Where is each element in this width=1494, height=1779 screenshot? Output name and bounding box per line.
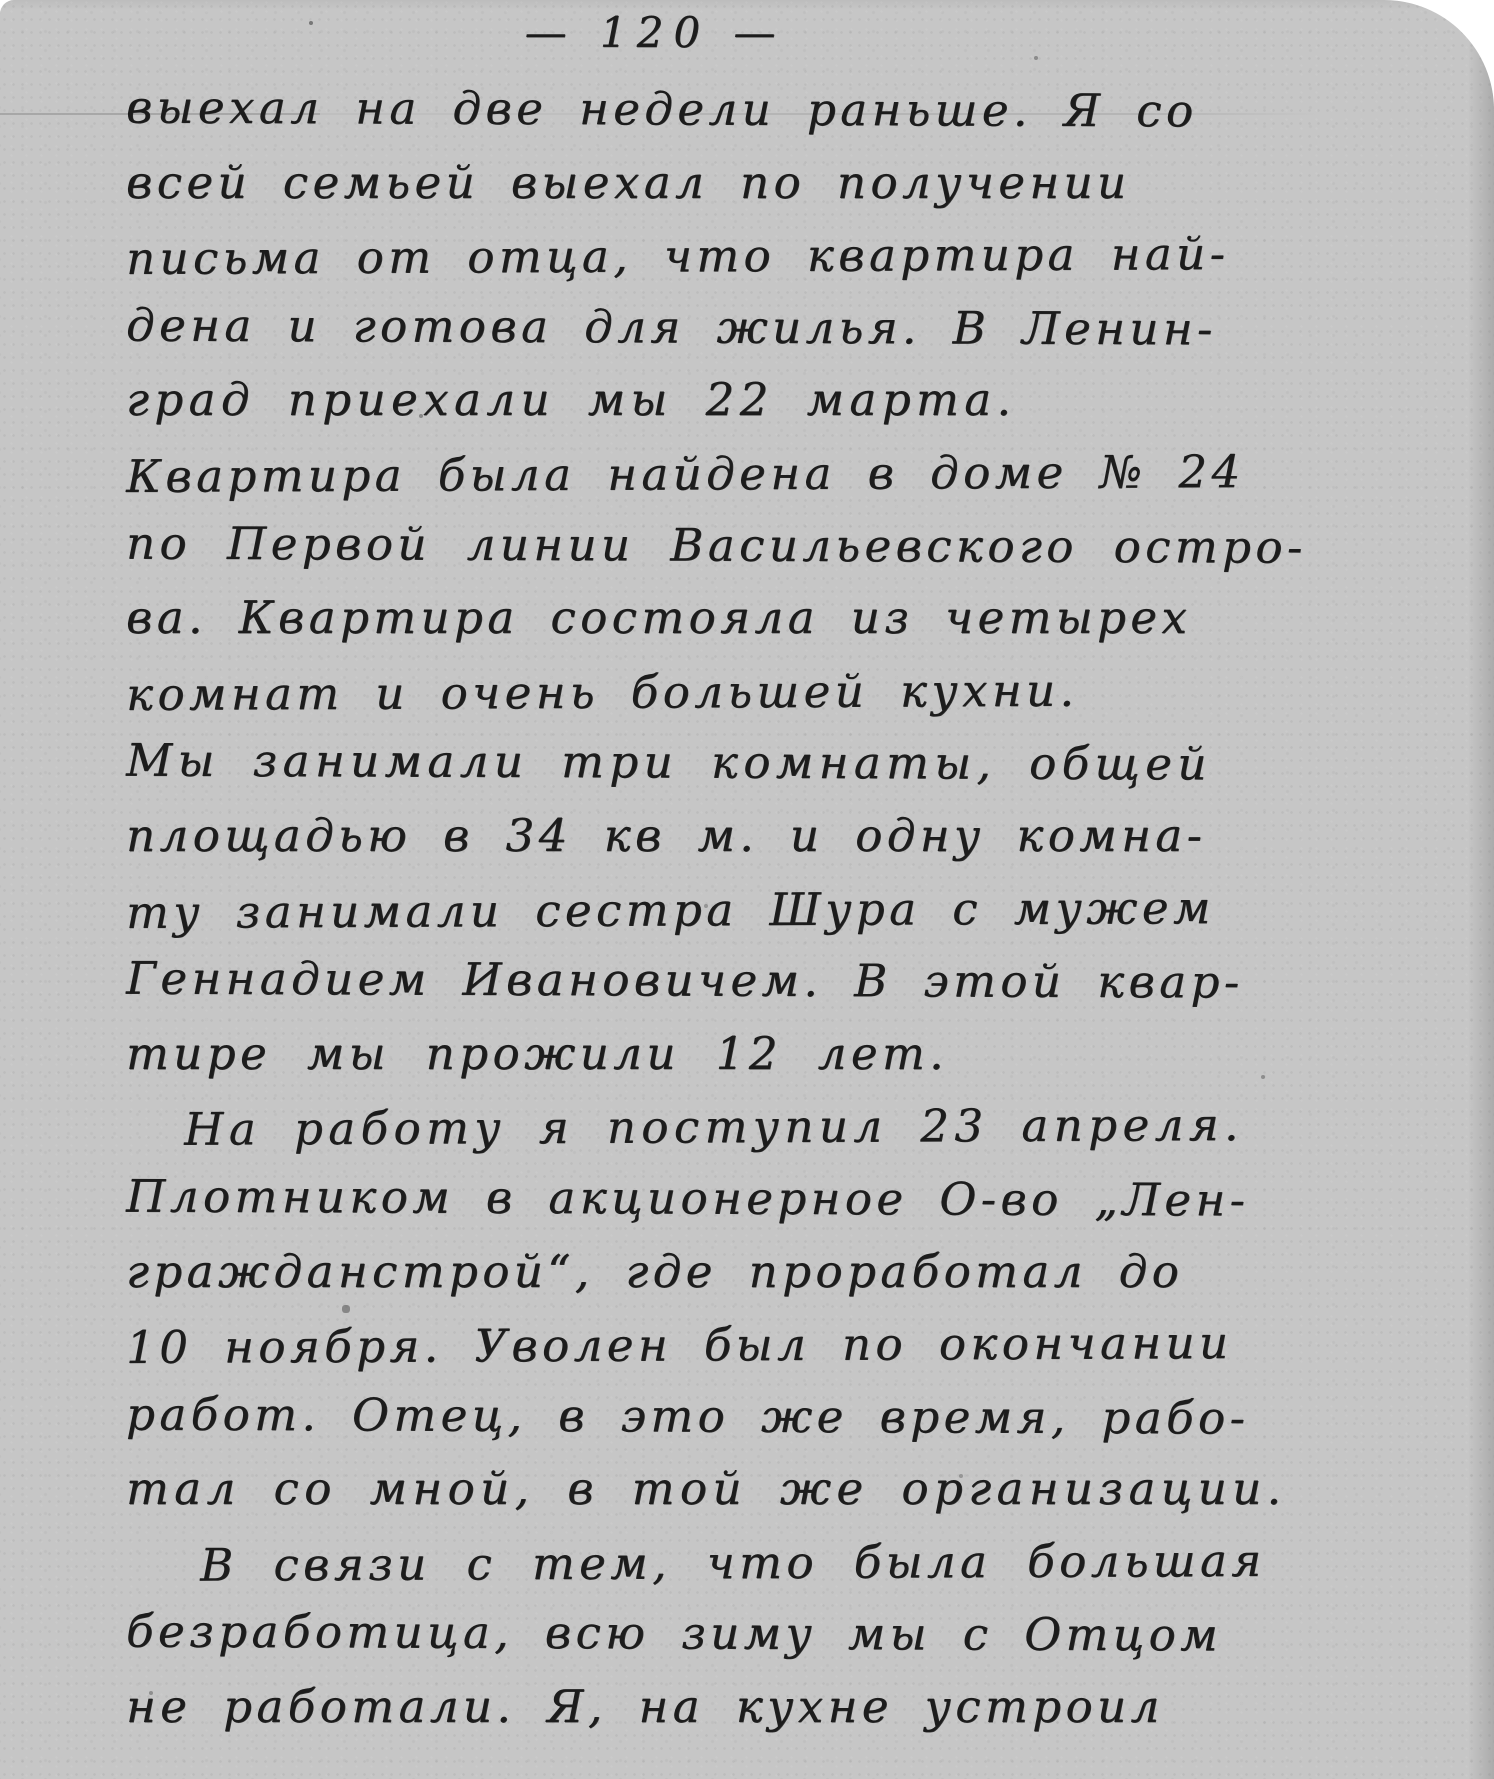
handwritten-line: площадью в 34 кв м. и одну комна- bbox=[126, 800, 1474, 873]
handwritten-line: не работали. Я, на кухне устроил bbox=[126, 1671, 1474, 1744]
handwritten-line: комнат и очень большей кухни. bbox=[126, 653, 1474, 731]
handwritten-line: Плотником в акционерное О-во „Лен- bbox=[126, 1161, 1474, 1238]
handwritten-line: тире мы прожили 12 лет. bbox=[126, 1018, 1474, 1091]
scanned-manuscript-page: — 120 — выехал на две недели раньше. Я с… bbox=[0, 0, 1494, 1779]
handwritten-line: дена и готова для жилья. В Ленин- bbox=[126, 289, 1474, 366]
handwritten-line: ва. Квартира состояла из четырех bbox=[126, 582, 1474, 655]
handwritten-text-block: выехал на две недели раньше. Я со всей с… bbox=[126, 74, 1474, 1744]
handwritten-line: ту занимали сестра Шура с мужем bbox=[126, 871, 1474, 949]
handwritten-line: Квартира была найдена в доме № 24 bbox=[126, 435, 1474, 513]
handwritten-line: безработица, всю зиму мы с Отцом bbox=[126, 1596, 1474, 1673]
handwritten-line: тал со мной, в той же организации. bbox=[126, 1453, 1474, 1526]
handwritten-line: гражданстрой“, где проработал до bbox=[126, 1236, 1474, 1309]
handwritten-line: письма от отца, что квартира най- bbox=[126, 217, 1474, 295]
handwritten-line: В связи с тем, что была большая bbox=[126, 1524, 1474, 1602]
handwritten-line: выехал на две недели раньше. Я со bbox=[126, 72, 1474, 149]
handwritten-line: Мы занимали три комнаты, общей bbox=[126, 725, 1474, 802]
handwritten-line: Геннадием Ивановичем. В этой квар- bbox=[126, 943, 1474, 1020]
handwritten-line: по Первой линии Васильевского остро- bbox=[126, 507, 1474, 584]
handwritten-line: На работу я поступил 23 апреля. bbox=[126, 1088, 1474, 1166]
page-number: — 120 — bbox=[525, 8, 786, 57]
handwritten-line: работ. Отец, в это же время, рабо- bbox=[126, 1378, 1474, 1455]
handwritten-line: град приехали мы 22 марта. bbox=[126, 364, 1474, 437]
handwritten-line: всей семьей выехал по получении bbox=[126, 147, 1474, 220]
handwritten-line: 10 ноября. Уволен был по окончании bbox=[126, 1306, 1474, 1384]
scan-noise-specks bbox=[0, 0, 2, 2]
